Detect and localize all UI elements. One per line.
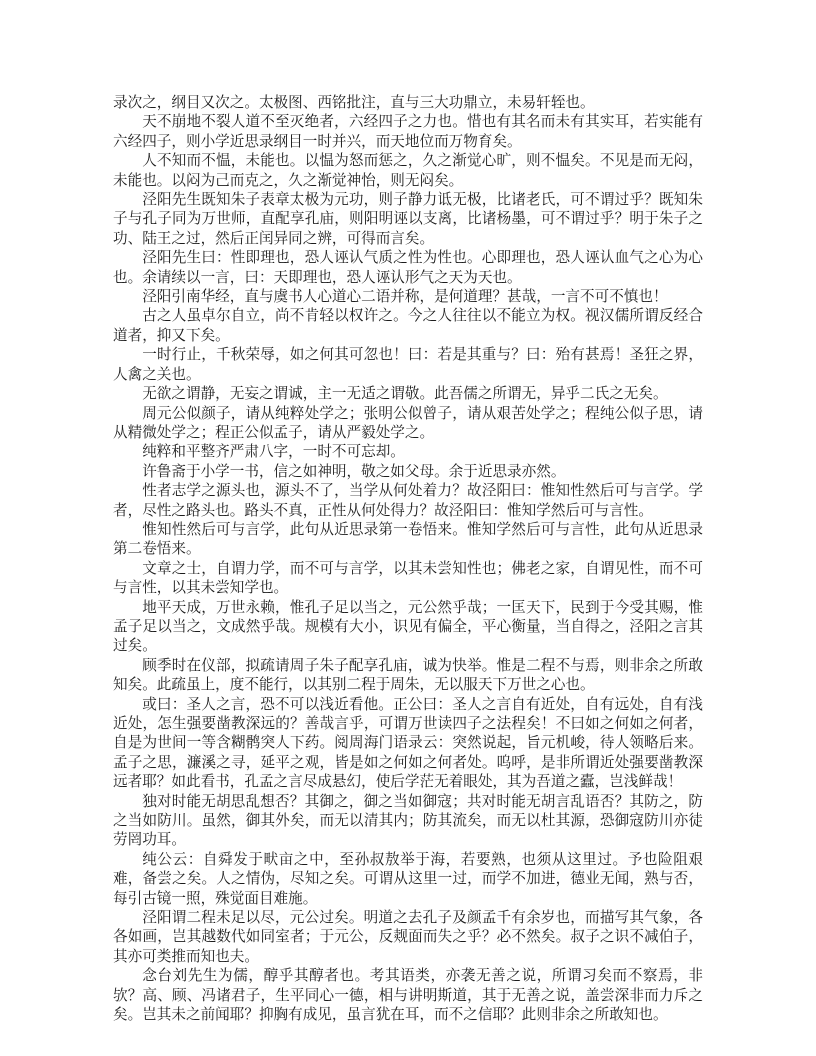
document-page: 录次之，纲目又次之。太极图、西铭批注，直与三大功鼎立，未易轩轾也。天不崩地不裂人… [0, 0, 816, 1056]
paragraph: 一时行止，千秋荣辱，如之何其可忽也！曰：若是其重与？曰：殆有甚焉！圣狂之界，人禽… [113, 346, 703, 385]
paragraph: 泾阳先生曰：性即理也，恐人诬认气质之性为性也。心即理也，恐人诬认血气之心为心也。… [113, 249, 703, 288]
paragraph: 念台刘先生为儒，醇乎其醇者也。考其语类，亦袭无善之说，所谓习矣而不察焉，非欤？高… [113, 967, 703, 1025]
paragraph: 性者志学之源头也，源头不了，当学从何处着力？故泾阳曰：惟知性然后可与言学。学者，… [113, 482, 703, 521]
paragraph: 纯公云：自舜发于畎亩之中，至孙叔敖举于海，若要熟，也须从这里过。予也险阻艰难，备… [113, 851, 703, 909]
paragraph: 独对时能无胡思乱想否？其御之，御之当如御寇；共对时能无胡言乱语否？其防之，防之当… [113, 793, 703, 851]
paragraph: 天不崩地不裂人道不至灭绝者，六经四子之力也。惜也有其名而未有其实耳，若实能有六经… [113, 113, 703, 152]
paragraph: 纯粹和平整齐严肃八字，一时不可忘却。 [113, 443, 703, 462]
paragraph: 地平天成，万世永赖，惟孔子足以当之，元公然乎哉；一匡天下，民到于今受其赐，惟孟子… [113, 599, 703, 657]
paragraph: 或曰：圣人之言，恐不可以浅近看他。正公曰：圣人之言自有近处，自有远处，自有浅近处… [113, 696, 703, 793]
paragraph: 泾阳引南华经，直与虞书人心道心二语并称，是何道理？甚哉，一言不可不慎也！ [113, 288, 703, 307]
paragraph: 文章之士，自谓力学，而不可与言学，以其未尝知性也；佛老之家，自谓见性，而不可与言… [113, 560, 703, 599]
paragraph: 古之人虽卓尔自立，尚不肯轻以权许之。今之人往往以不能立为权。视汉儒所谓反经合道者… [113, 307, 703, 346]
paragraph: 泾阳谓二程未足以尽，元公过矣。明道之去孔子及颜孟千有余岁也，而描写其气象，各各如… [113, 909, 703, 967]
paragraph: 顾季时在仪部，拟疏请周子朱子配享孔庙，诚为快举。惟是二程不与焉，则非余之所敢知矣… [113, 657, 703, 696]
paragraph: 惟知性然后可与言学，此句从近思录第一卷悟来。惟知学然后可与言性，此句从近思录第二… [113, 521, 703, 560]
document-text-body: 录次之，纲目又次之。太极图、西铭批注，直与三大功鼎立，未易轩轾也。天不崩地不裂人… [113, 94, 703, 1026]
paragraph: 录次之，纲目又次之。太极图、西铭批注，直与三大功鼎立，未易轩轾也。 [113, 94, 703, 113]
paragraph: 人不知而不愠，未能也。以愠为怒而惩之，久之渐觉心旷，则不愠矣。不见是而无闷，未能… [113, 152, 703, 191]
paragraph: 泾阳先生既知朱子表章太极为元功，则子静力诋无极，比诸老氏，可不谓过乎？既知朱子与… [113, 191, 703, 249]
paragraph: 周元公似颜子，请从纯粹处学之；张明公似曾子，请从艰苦处学之；程纯公似子思，请从精… [113, 405, 703, 444]
paragraph: 许鲁斋于小学一书，信之如神明，敬之如父母。余于近思录亦然。 [113, 463, 703, 482]
paragraph: 无欲之谓静，无妄之谓诚，主一无适之谓敬。此吾儒之所谓无，异乎二氏之无矣。 [113, 385, 703, 404]
